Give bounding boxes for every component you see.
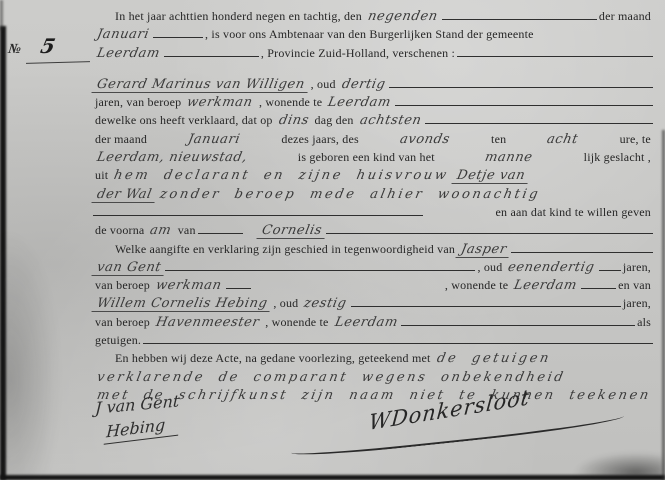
printed-text: getuigen. [93, 333, 143, 348]
scanned-birth-record: № 5 In het jaar achttien honderd negen e… [0, 0, 665, 480]
handwritten-entry: Leerdam, nieuwstad, [92, 150, 253, 165]
handwritten-entry: Gerard Marinus van Willigen [91, 77, 310, 93]
handwritten-entry: Willem Cornelis Hebing [91, 296, 272, 312]
document-line: getuigen. [93, 333, 653, 351]
document-line: verklarende de comparant wegens onbekend… [93, 370, 653, 388]
act-number-underline [26, 61, 90, 64]
blank-fill-line [511, 252, 653, 253]
scan-smudge-bottom-right [573, 452, 663, 478]
handwritten-entry: negenden [362, 9, 443, 24]
document-line: Gerard Marinus van Willigen, ouddertig [93, 77, 653, 95]
handwritten-entry: hem declarant en zijne huisvrouw [109, 168, 454, 183]
document-line: Leerdam, nieuwstad,is geboren een kind v… [93, 150, 653, 168]
printed-text: dezes jaars, des [279, 132, 361, 147]
document-line: Welke aangifte en verklaring zijn geschi… [93, 242, 653, 260]
handwritten-entry: van Gent [91, 260, 166, 276]
scan-edge-bottom [0, 475, 665, 480]
blank-fill-line [143, 343, 653, 344]
document-line: Januari, is voor ons Ambtenaar van den B… [93, 27, 653, 45]
scan-stain-left-margin [0, 230, 60, 480]
blank-fill-line [457, 56, 653, 57]
printed-text: jaren, [621, 296, 653, 311]
printed-text: van beroep [93, 278, 152, 293]
handwritten-entry: Cornelis [256, 223, 327, 239]
handwritten-entry: Jasper [456, 242, 513, 258]
handwritten-entry: Detje van [451, 168, 530, 184]
blank-fill-line [395, 105, 653, 106]
printed-text: lijk geslacht , [582, 150, 653, 165]
printed-text: dewelke ons heeft verklaard, dat op [93, 113, 275, 128]
document-line: der maandJanuaridezes jaars, desavondste… [93, 132, 653, 150]
act-number-label: № [7, 42, 22, 58]
printed-text: Welke aangifte en verklaring zijn geschi… [113, 242, 457, 257]
blank-fill-line [599, 270, 621, 271]
document-line: uithem declarant en zijne huisvrouwDetje… [93, 168, 653, 186]
blank-fill-line [164, 56, 259, 57]
blank-fill-line [581, 288, 616, 289]
blank-fill-line [326, 233, 653, 234]
printed-text: jaren, [621, 260, 653, 275]
handwritten-entry: achtsten [354, 113, 426, 128]
signature-witness-2: Hebing [104, 413, 180, 444]
printed-text: , is voor ons Ambtenaar van den Burgerli… [203, 27, 536, 42]
printed-text: en aan dat kind te willen geven [494, 205, 653, 220]
handwritten-entry: am [145, 223, 177, 238]
handwritten-entry: Januari [92, 27, 155, 42]
handwritten-entry: dertig [336, 77, 390, 92]
document-line: En hebben wij deze Acte, na gedane voorl… [93, 351, 653, 369]
blank-fill-line [226, 288, 251, 289]
printed-text: , oud [475, 260, 504, 275]
printed-text: als [635, 315, 653, 330]
handwritten-entry: dins [273, 113, 314, 128]
blank-fill-line [153, 37, 203, 38]
handwritten-entry: manne [480, 150, 538, 165]
handwritten-entry: acht [542, 132, 584, 147]
blank-fill-line [198, 233, 243, 234]
scan-edge-left-top [0, 0, 3, 30]
printed-text: En hebben wij deze Acte, na gedane voorl… [113, 351, 433, 366]
handwritten-entry: werkman [182, 95, 258, 110]
handwritten-entry: verklarende de comparant wegens onbekend… [92, 370, 571, 385]
document-line: der Walzonder beroep mede alhier woonach… [93, 187, 653, 205]
printed-text: der maand [597, 9, 653, 24]
blank-fill-line [425, 123, 653, 124]
printed-text: dag den [313, 113, 356, 128]
document-line: dewelke ons heeft verklaard, dat opdinsd… [93, 113, 653, 131]
document-line: Willem Cornelis Hebing, oudzestigjaren, [93, 296, 653, 314]
blank-fill-line [401, 325, 635, 326]
handwritten-entry: Leerdam [329, 315, 403, 330]
blank-fill-line [351, 306, 621, 307]
handwritten-entry: Januari [183, 132, 246, 147]
document-line: van Gent, oudeenendertigjaren, [93, 260, 653, 278]
handwritten-entry: Leerdam [323, 95, 397, 110]
handwritten-entry: zonder beroep mede alhier woonachtig [154, 187, 545, 202]
printed-text: , Provincie Zuid-Holland, verschenen : [259, 46, 457, 61]
document-line: van beroepHavenmeester, wonende teLeerda… [93, 315, 653, 333]
printed-text: , wonende te [443, 278, 510, 293]
printed-text: van beroep [93, 315, 152, 330]
document-body-text: In het jaar achttien honderd negen en ta… [93, 9, 653, 406]
printed-text: , oud [309, 77, 338, 92]
printed-text: de voorna [93, 223, 146, 238]
printed-text: , oud [271, 296, 300, 311]
act-number-block: № 5 [8, 34, 55, 58]
printed-text: , wonende te [257, 95, 324, 110]
document-line: van beroepwerkman, wonende teLeerdamen v… [93, 278, 653, 296]
blank-fill-line [165, 270, 475, 271]
handwritten-entry: Leerdam [92, 46, 166, 61]
handwritten-entry: eenendertig [503, 260, 600, 275]
handwritten-entry: zestig [299, 296, 352, 311]
printed-text: ten [489, 132, 508, 147]
handwritten-entry: Leerdam [509, 278, 583, 293]
document-line: en aan dat kind te willen geven [93, 205, 653, 223]
printed-text: der maand [93, 132, 149, 147]
printed-text: is geboren een kind van het [296, 150, 437, 165]
handwritten-entry: werkman [151, 278, 227, 293]
handwritten-entry: Havenmeester [151, 315, 265, 330]
document-line: In het jaar achttien honderd negen en ta… [93, 9, 653, 27]
blank-fill-line [442, 19, 597, 20]
document-line: de voornaamvanCornelis [93, 223, 653, 241]
printed-text: ure, te [618, 132, 653, 147]
handwritten-entry: der Wal [91, 187, 157, 203]
document-line: jaren, van beroepwerkman, wonende teLeer… [93, 95, 653, 113]
handwritten-entry: avonds [395, 132, 456, 147]
printed-text: jaren, van beroep [93, 95, 183, 110]
printed-text: van [176, 223, 198, 238]
blank-fill-line [93, 215, 423, 216]
printed-text: , wonende te [263, 315, 330, 330]
printed-text: In het jaar achttien honderd negen en ta… [113, 9, 364, 24]
printed-text: en van [616, 278, 653, 293]
act-number-value: 5 [38, 34, 57, 58]
handwritten-entry: de getuigen [431, 351, 556, 366]
printed-text: uit [93, 168, 110, 183]
blank-fill-line [389, 87, 653, 88]
document-line: Leerdam, Provincie Zuid-Holland, versche… [93, 46, 653, 64]
